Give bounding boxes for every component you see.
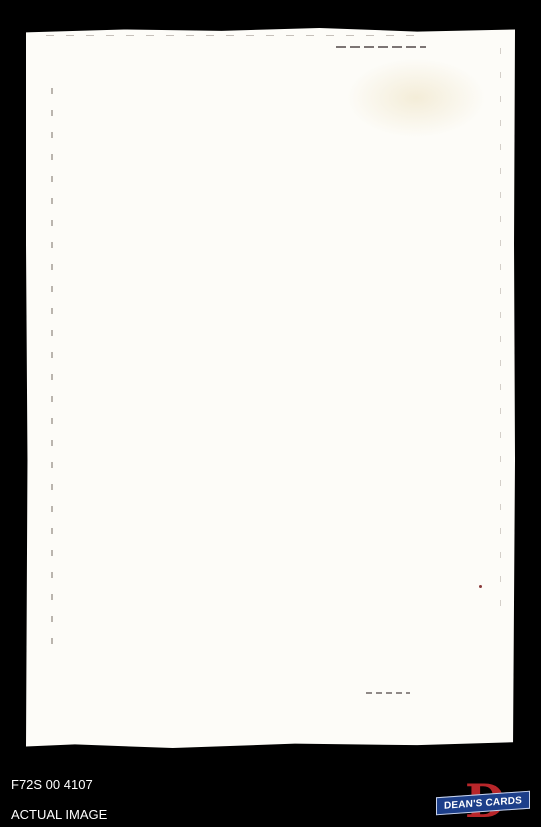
item-code-label: F72S 00 4107	[11, 777, 93, 792]
card-back-image	[26, 28, 515, 748]
logo-banner: DEAN'S CARDS	[436, 791, 530, 816]
logo-text: DEAN'S CARDS	[444, 795, 522, 811]
perforation-left	[51, 88, 53, 648]
actual-image-label: ACTUAL IMAGE	[11, 807, 107, 822]
deans-cards-logo: D DEAN'S CARDS	[434, 782, 530, 822]
perforation-top	[46, 35, 426, 36]
card-stain	[346, 58, 486, 138]
ink-mark	[336, 46, 426, 48]
perforation-right	[500, 48, 501, 608]
ink-dot	[479, 585, 482, 588]
ink-mark	[366, 692, 410, 694]
